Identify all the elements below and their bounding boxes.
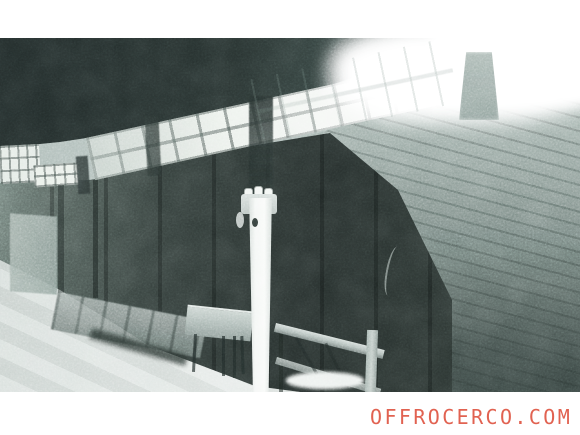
table-leg-3 — [233, 336, 236, 378]
bench-post — [365, 330, 378, 392]
left-wall-slab — [10, 213, 57, 294]
watermark-text: OFFROCERCO.COM — [370, 406, 576, 428]
column-side-blob — [236, 212, 244, 228]
wall-post-line-1 — [58, 185, 64, 293]
table-leg-2 — [222, 336, 225, 376]
window-divider-bar-1 — [76, 156, 91, 195]
page-root: OFFROCERCO.COM — [0, 0, 580, 435]
warehouse-photo — [0, 38, 580, 392]
window-cluster-second — [33, 162, 78, 187]
wall-post-line-2 — [93, 180, 98, 298]
bench-seat-highlight — [286, 372, 364, 389]
column-dark-dot — [252, 218, 258, 227]
